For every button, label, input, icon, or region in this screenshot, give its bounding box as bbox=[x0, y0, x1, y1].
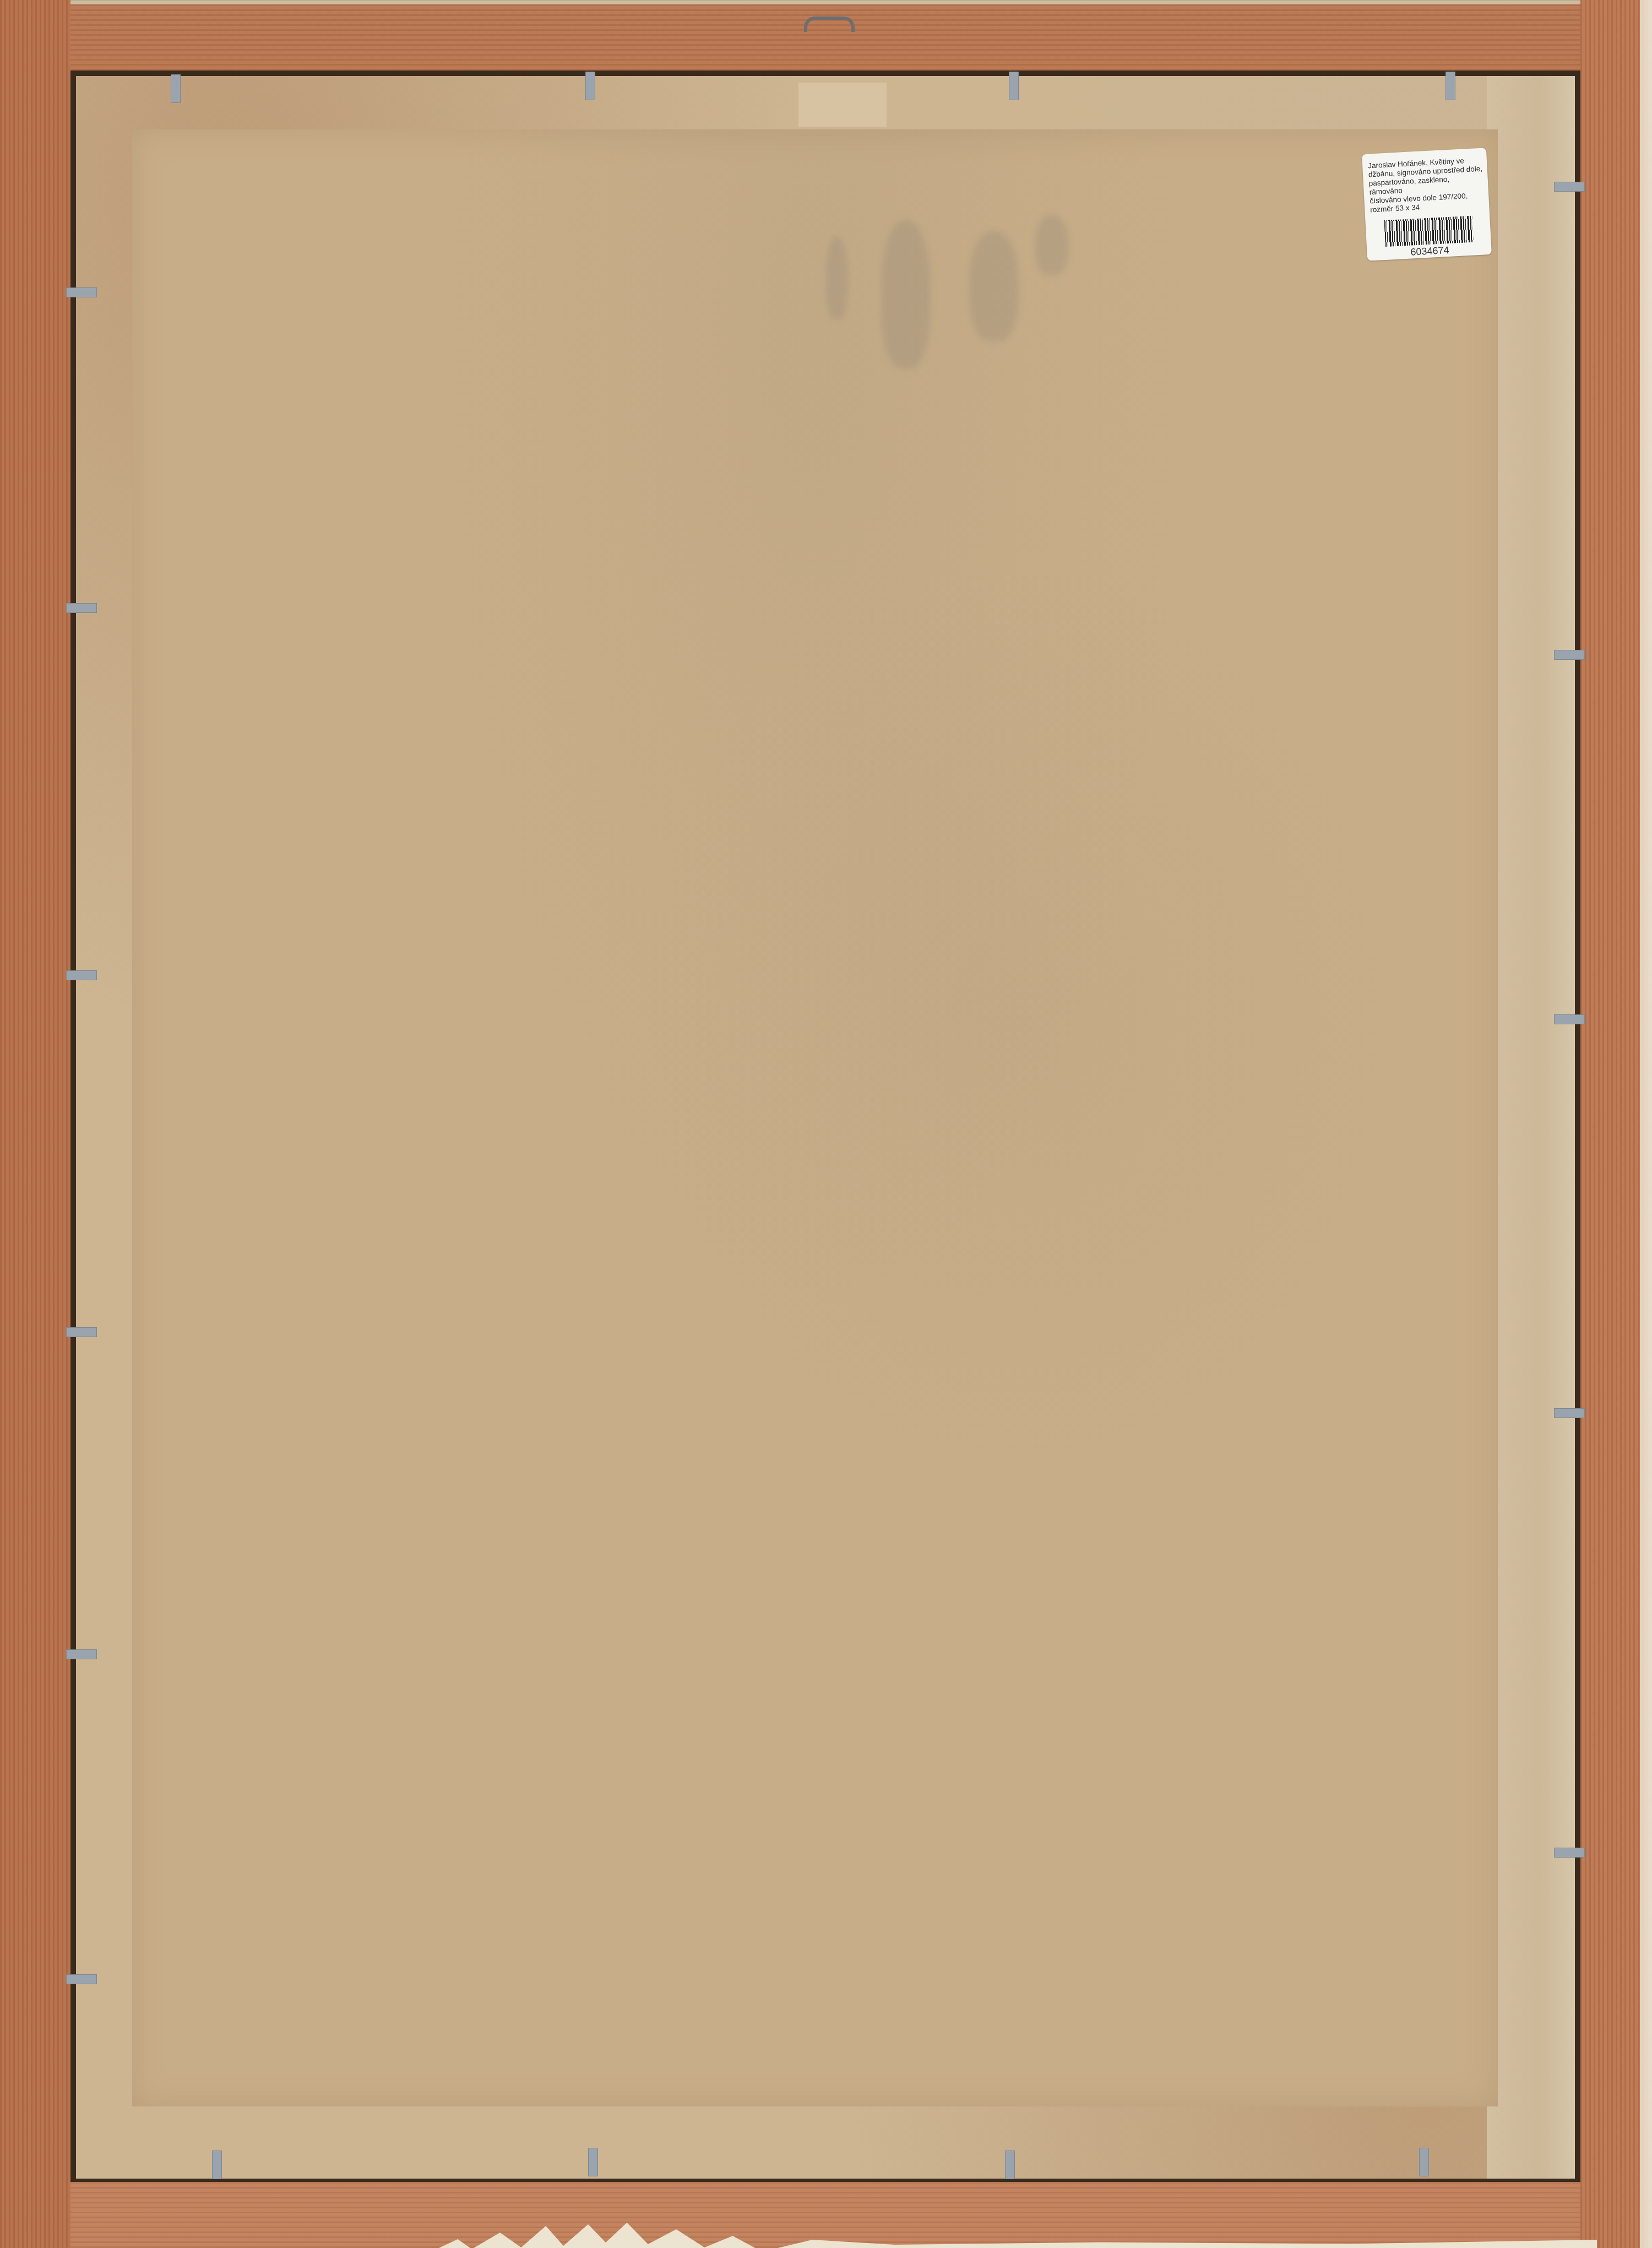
staple-clip bbox=[66, 603, 97, 613]
staple-clip bbox=[1554, 1014, 1585, 1024]
barcode-icon bbox=[1384, 216, 1473, 247]
staple-clip bbox=[171, 74, 181, 103]
water-stain bbox=[826, 237, 848, 319]
staple-clip bbox=[585, 72, 595, 100]
staple-clip bbox=[66, 1327, 97, 1337]
staple-clip bbox=[212, 2151, 222, 2179]
staple-clip bbox=[1005, 2151, 1015, 2179]
staple-clip bbox=[1554, 182, 1585, 192]
water-stain bbox=[1035, 215, 1068, 275]
pencil-signature: illegible pencil signature bbox=[600, 14, 906, 40]
staple-clip bbox=[66, 287, 97, 297]
frame-bottom-rail bbox=[0, 2182, 1652, 2248]
frame-right-paint-residue bbox=[1640, 0, 1652, 2248]
staple-clip bbox=[1554, 1408, 1585, 1418]
frame-left-rail bbox=[0, 0, 70, 2248]
inventory-label: Jaroslav Hořánek, Květiny ve džbánu, sig… bbox=[1362, 148, 1492, 261]
label-description: Jaroslav Hořánek, Květiny ve džbánu, sig… bbox=[1368, 156, 1485, 215]
water-stain bbox=[969, 231, 1019, 341]
hanging-hook-icon bbox=[804, 17, 855, 32]
staple-clip bbox=[66, 1974, 97, 1984]
staple-clip bbox=[66, 1649, 97, 1659]
staple-clip bbox=[588, 2148, 598, 2176]
staple-clip bbox=[66, 970, 97, 980]
backing-paper bbox=[132, 129, 1498, 2106]
water-stain bbox=[881, 220, 931, 369]
staple-clip bbox=[1554, 1848, 1585, 1858]
staple-clip bbox=[1419, 2148, 1429, 2176]
backing-board-right-strip bbox=[1487, 76, 1575, 2179]
staple-clip bbox=[1554, 650, 1585, 660]
staple-clip bbox=[1445, 72, 1455, 100]
torn-paper-fragment bbox=[798, 83, 887, 127]
staple-clip bbox=[1009, 72, 1019, 100]
